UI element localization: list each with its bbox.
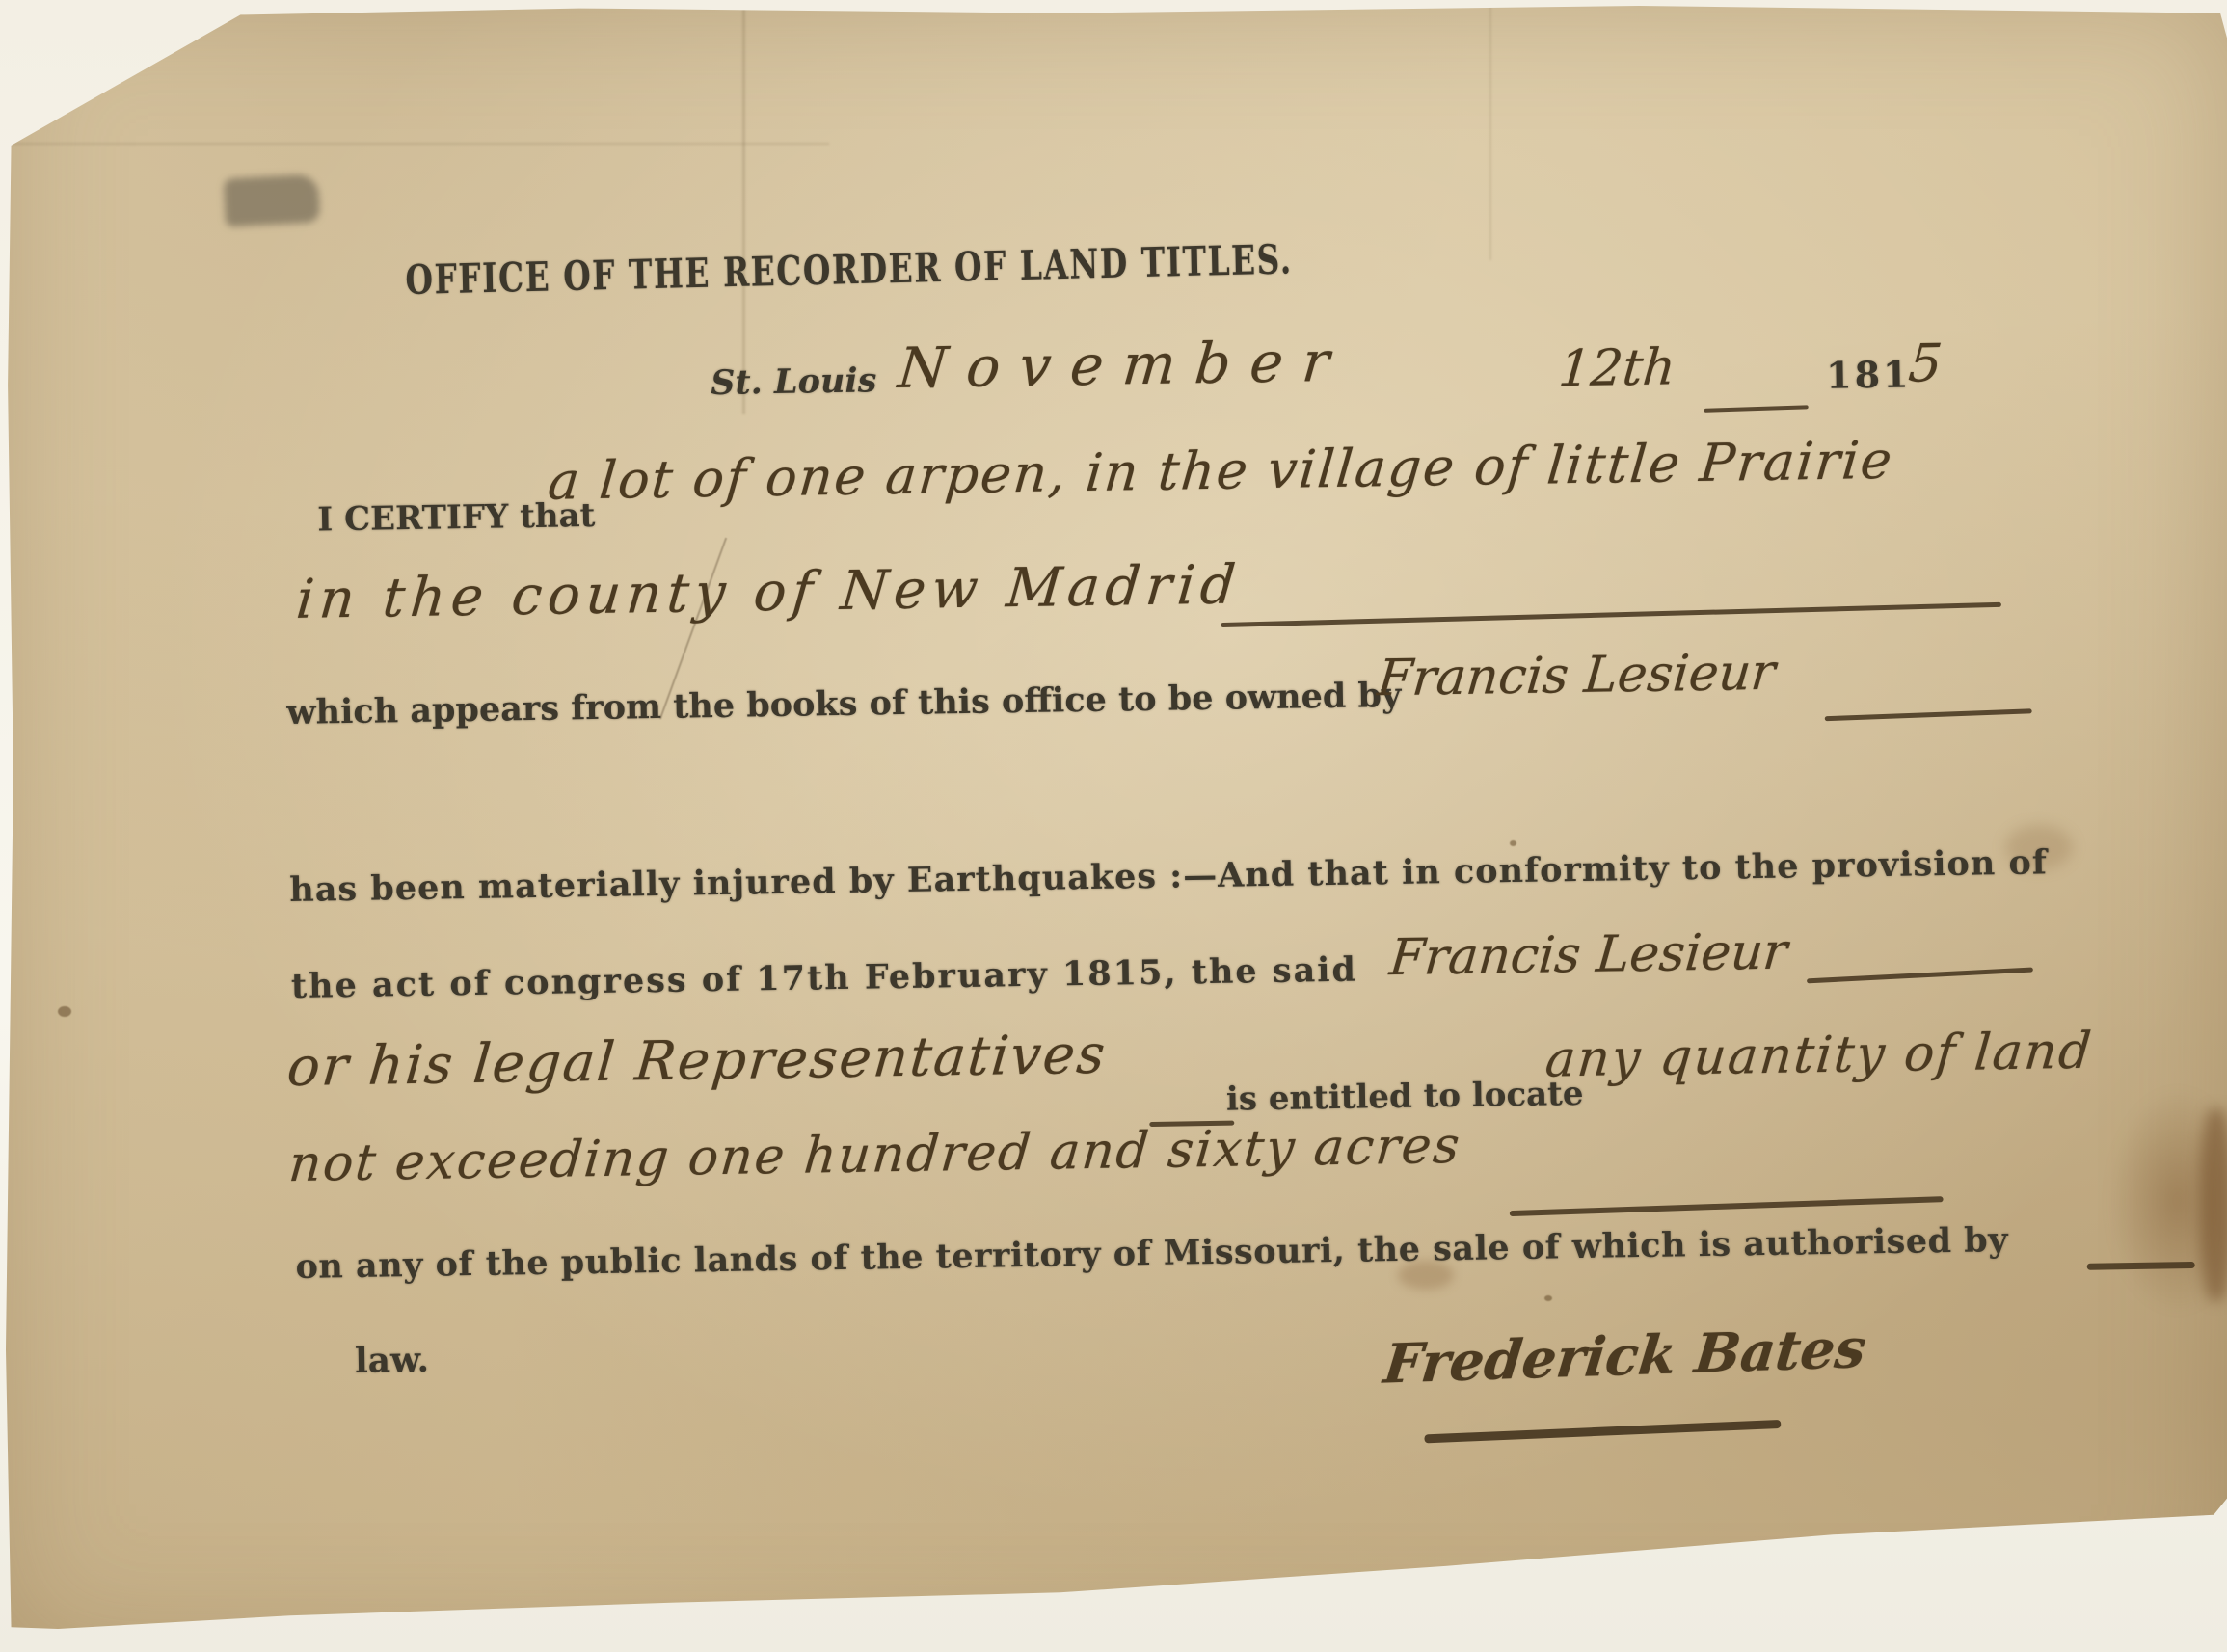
owner-flourish-rule <box>1825 708 2032 721</box>
signature-underline <box>1424 1420 1781 1443</box>
document-content: OFFICE OF THE RECORDER OF LAND TITLES. S… <box>0 0 2227 1652</box>
entitled-label: is entitled to locate <box>1226 1075 1584 1119</box>
said-owner-name-handwritten: Francis Lesieur <box>1387 923 1789 988</box>
acreage-flourish-rule <box>1510 1196 1944 1216</box>
earthquake-clause: has been materially injured by Earthquak… <box>289 842 2048 910</box>
dateline-month-handwritten: November <box>896 329 1352 401</box>
dateline-year-printed: 181 <box>1826 353 1912 397</box>
property-description-handwritten: a lot of one arpen, in the village of li… <box>546 430 1896 512</box>
document-heading: OFFICE OF THE RECORDER OF LAND TITLES. <box>405 235 1293 304</box>
representatives-line-handwritten: or his legal Representatives <box>284 1024 1109 1099</box>
paper-sheet: OFFICE OF THE RECORDER OF LAND TITLES. S… <box>0 0 2227 1652</box>
document-scan: OFFICE OF THE RECORDER OF LAND TITLES. S… <box>0 0 2227 1652</box>
act-of-congress-clause: the act of congress of 17th February 181… <box>291 950 1358 1006</box>
owned-by-label: which appears from the books of this off… <box>286 676 1401 733</box>
law-label: law. <box>355 1340 430 1381</box>
dateline-day-handwritten: 12th <box>1556 338 1677 398</box>
dateline-rule <box>1704 405 1809 413</box>
county-line-handwritten: in the county of New Madrid <box>294 553 1244 630</box>
recorder-signature-handwritten: Frederick Bates <box>1381 1317 1869 1397</box>
public-lands-rule <box>2087 1262 2195 1270</box>
quantity-line-handwritten: any quantity of land <box>1543 1023 2096 1089</box>
county-flourish-rule <box>1221 602 2001 627</box>
acreage-line-handwritten: not exceeding one hundred and sixty acre… <box>286 1117 1463 1193</box>
public-lands-clause: on any of the public lands of the territ… <box>295 1220 2008 1287</box>
dateline-year-digit-handwritten: 5 <box>1906 333 1945 394</box>
owner-name-handwritten: Francis Lesieur <box>1375 644 1777 708</box>
dateline-place: St. Louis <box>711 360 877 403</box>
said-owner-flourish-rule <box>1807 968 2033 984</box>
